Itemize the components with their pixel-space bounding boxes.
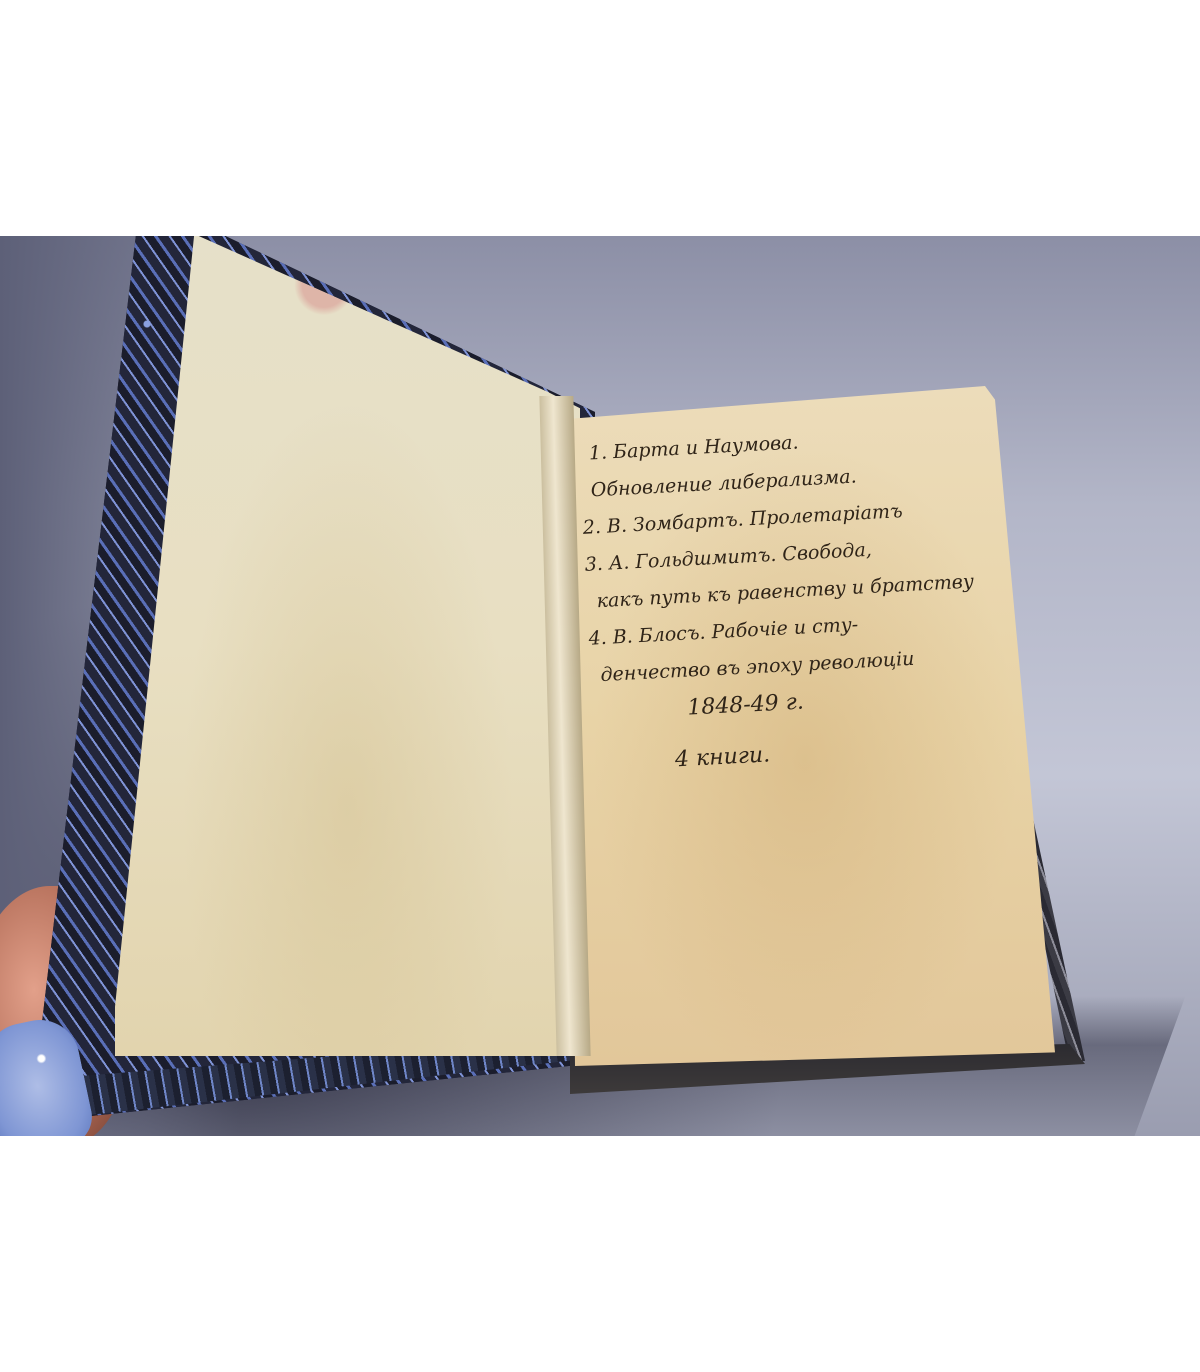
book-photo: 1. Барта и Наумова. Обновление либерализ…: [0, 236, 1200, 1136]
blank-flyleaf-page: [115, 236, 580, 1056]
handwritten-inscription: 1. Барта и Наумова. Обновление либерализ…: [578, 415, 996, 782]
